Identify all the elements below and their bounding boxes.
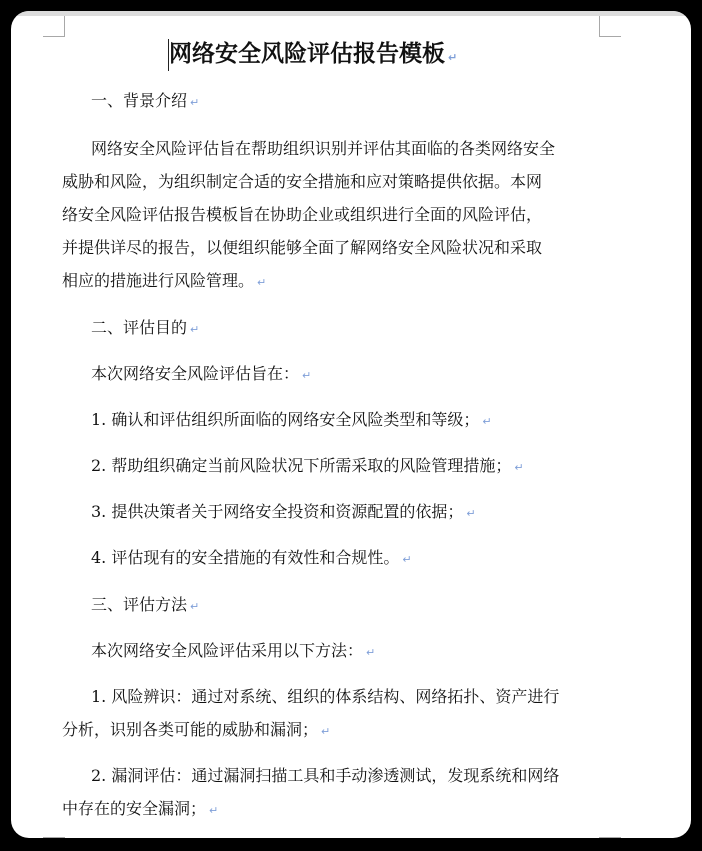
paragraph-mark-icon: ↵ xyxy=(257,276,266,289)
paragraph-mark-icon: ↵ xyxy=(302,369,311,382)
line-text: 2. 帮助组织确定当前风险状况下所需采取的风险管理措施； xyxy=(91,456,511,475)
paragraph-mark-icon: ↵ xyxy=(514,461,523,474)
line-text: 中存在的安全漏洞； xyxy=(62,799,206,818)
list-item-continuation[interactable]: 中存在的安全漏洞；↵ xyxy=(62,799,218,821)
crop-mark-top-right xyxy=(599,16,621,37)
paragraph-mark-icon: ↵ xyxy=(190,323,199,336)
heading-text: 二、评估目的 xyxy=(91,318,187,337)
line-text: 相应的措施进行风险管理。 xyxy=(62,271,254,290)
heading-method[interactable]: 三、评估方法↵ xyxy=(91,595,199,617)
page-top-edge xyxy=(11,11,691,16)
line-text: 1. 确认和评估组织所面临的网络安全风险类型和等级； xyxy=(91,410,479,429)
body-line[interactable]: 相应的措施进行风险管理。↵ xyxy=(62,271,266,293)
list-item[interactable]: 2. 漏洞评估：通过漏洞扫描工具和手动渗透测试，发现系统和网络 xyxy=(91,766,559,786)
intro-line[interactable]: 本次网络安全风险评估采用以下方法：↵ xyxy=(91,641,375,663)
heading-purpose[interactable]: 二、评估目的↵ xyxy=(91,318,199,340)
paragraph-mark-icon: ↵ xyxy=(402,553,411,566)
paragraph-mark-icon: ↵ xyxy=(448,51,457,64)
list-item[interactable]: 1. 风险辨识：通过对系统、组织的体系结构、网络拓扑、资产进行 xyxy=(91,687,559,707)
line-text: 分析，识别各类可能的威胁和漏洞； xyxy=(62,720,318,739)
crop-mark-bottom-left xyxy=(43,837,65,838)
list-item-continuation[interactable]: 分析，识别各类可能的威胁和漏洞；↵ xyxy=(62,720,330,742)
paragraph-mark-icon: ↵ xyxy=(366,646,375,659)
body-line[interactable]: 威胁和风险，为组织制定合适的安全措施和应对策略提供依据。本网 xyxy=(62,172,542,192)
document-page[interactable]: 网络安全风险评估报告模板↵ 一、背景介绍↵ 网络安全风险评估旨在帮助组织识别并评… xyxy=(11,11,691,838)
heading-text: 三、评估方法 xyxy=(91,595,187,614)
line-text: 4. 评估现有的安全措施的有效性和合规性。 xyxy=(91,548,399,567)
paragraph-mark-icon: ↵ xyxy=(190,600,199,613)
heading-background[interactable]: 一、背景介绍↵ xyxy=(91,91,199,113)
list-item[interactable]: 4. 评估现有的安全措施的有效性和合规性。↵ xyxy=(91,548,412,570)
paragraph-mark-icon: ↵ xyxy=(482,415,491,428)
body-line[interactable]: 网络安全风险评估旨在帮助组织识别并评估其面临的各类网络安全 xyxy=(91,139,555,159)
paragraph-mark-icon: ↵ xyxy=(190,96,199,109)
list-item[interactable]: 3. 提供决策者关于网络安全投资和资源配置的依据；↵ xyxy=(91,502,476,524)
line-text: 本次网络安全风险评估旨在： xyxy=(91,364,299,383)
paragraph-mark-icon: ↵ xyxy=(321,725,330,738)
intro-line[interactable]: 本次网络安全风险评估旨在：↵ xyxy=(91,364,311,386)
line-text: 本次网络安全风险评估采用以下方法： xyxy=(91,641,363,660)
body-line[interactable]: 并提供详尽的报告，以便组织能够全面了解网络安全风险状况和采取 xyxy=(62,238,542,258)
crop-mark-bottom-right xyxy=(599,837,621,838)
crop-mark-top-left xyxy=(43,16,65,37)
list-item[interactable]: 1. 确认和评估组织所面临的网络安全风险类型和等级；↵ xyxy=(91,410,492,432)
document-title[interactable]: 网络安全风险评估报告模板↵ xyxy=(169,39,457,73)
paragraph-mark-icon: ↵ xyxy=(466,507,475,520)
heading-text: 一、背景介绍 xyxy=(91,91,187,110)
title-text: 网络安全风险评估报告模板 xyxy=(169,41,445,67)
list-item[interactable]: 2. 帮助组织确定当前风险状况下所需采取的风险管理措施；↵ xyxy=(91,456,524,478)
body-line[interactable]: 络安全风险评估报告模板旨在协助企业或组织进行全面的风险评估， xyxy=(62,205,542,225)
line-text: 3. 提供决策者关于网络安全投资和资源配置的依据； xyxy=(91,502,463,521)
paragraph-mark-icon: ↵ xyxy=(209,804,218,817)
